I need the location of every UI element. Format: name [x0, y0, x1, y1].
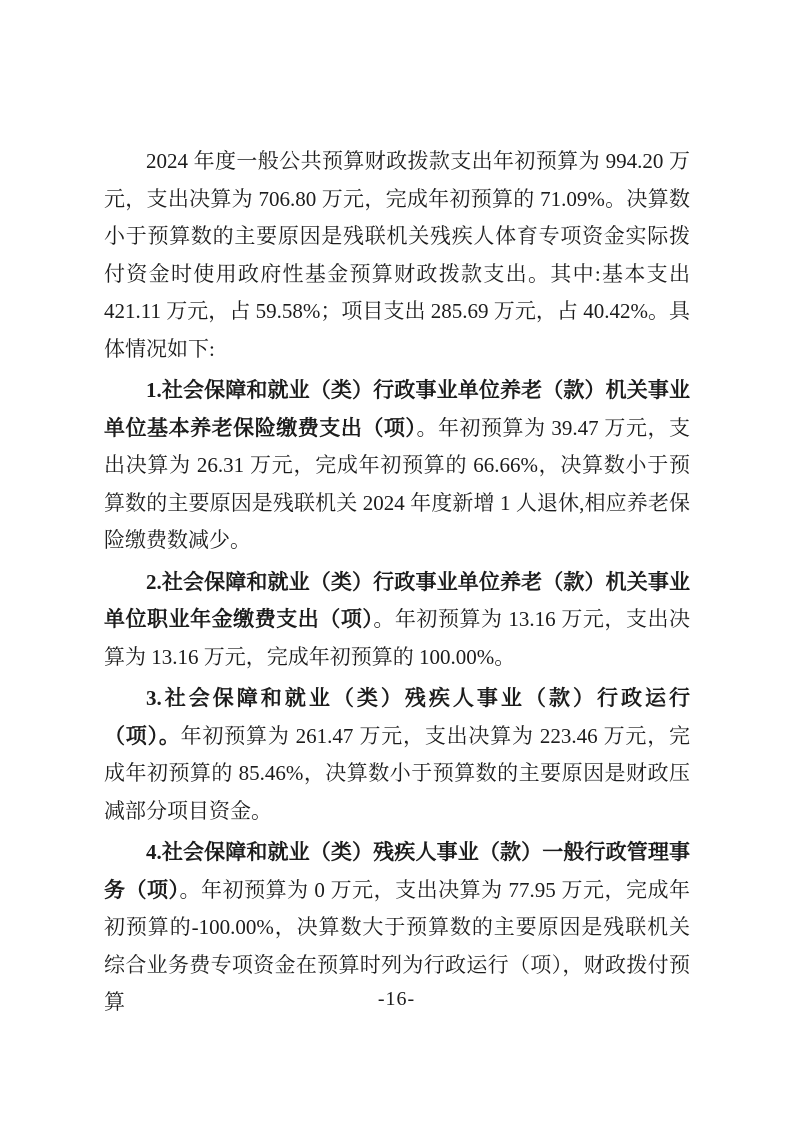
document-body: 2024 年度一般公共预算财政拨款支出年初预算为 994.20 万元，支出决算为…	[104, 143, 690, 1022]
item-1-paragraph: 1.社会保障和就业（类）行政事业单位养老（款）机关事业单位基本养老保险缴费支出（…	[104, 372, 690, 560]
item-3-paragraph: 3.社会保障和就业（类）残疾人事业（款）行政运行（项）。年初预算为 261.47…	[104, 680, 690, 830]
item-3-text: 年初预算为 261.47 万元，支出决算为 223.46 万元，完成年初预算的 …	[104, 724, 690, 823]
intro-paragraph-text: 2024 年度一般公共预算财政拨款支出年初预算为 994.20 万元，支出决算为…	[104, 149, 690, 361]
document-page: 2024 年度一般公共预算财政拨款支出年初预算为 994.20 万元，支出决算为…	[0, 0, 793, 1122]
intro-paragraph: 2024 年度一般公共预算财政拨款支出年初预算为 994.20 万元，支出决算为…	[104, 143, 690, 368]
item-2-paragraph: 2.社会保障和就业（类）行政事业单位养老（款）机关事业单位职业年金缴费支出（项）…	[104, 564, 690, 677]
page-number: -16-	[0, 988, 793, 1011]
